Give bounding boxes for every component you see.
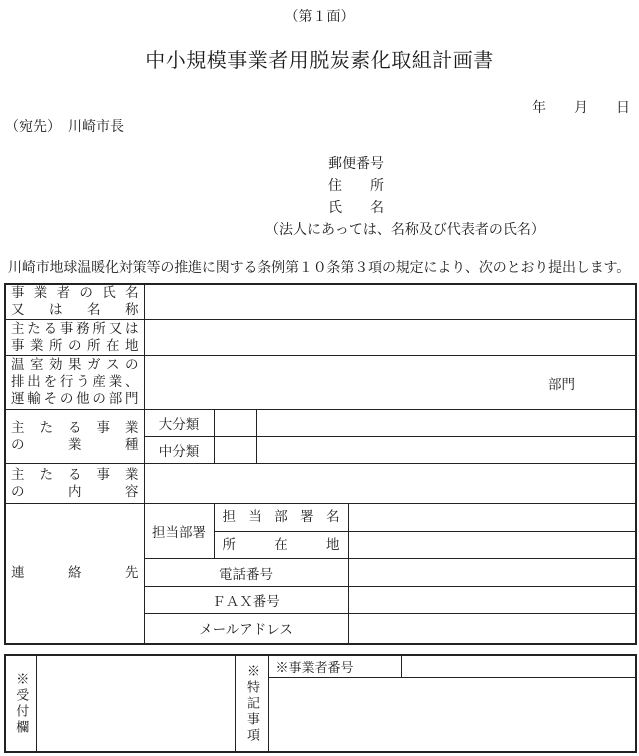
fax-label: ＦＡＸ番号 <box>144 587 348 614</box>
postal-code-label: 郵便番号 <box>328 153 545 175</box>
sheet-number: （第１面） <box>0 6 639 26</box>
addressee-label: （宛先） 川崎市長 <box>5 116 124 136</box>
office-use-table: ※受付欄 ※特記事項 ※事業者番号 <box>4 654 637 753</box>
business-name-field[interactable] <box>144 284 636 320</box>
department-address-label: 所在地 <box>214 532 348 559</box>
reception-column-label: ※受付欄 <box>5 655 36 752</box>
business-number-label: ※事業者番号 <box>268 655 401 677</box>
office-address-field[interactable] <box>144 320 636 356</box>
applicant-block: 郵便番号 住 所 氏 名 （法人にあっては、名称及び代表者の氏名） <box>265 153 545 241</box>
emission-sector-label: 温室効果ガスの排出を行う産業、運輸その他の部門 <box>5 356 144 410</box>
address-label: 住 所 <box>328 175 545 197</box>
department-label: 担当部署 <box>144 504 214 559</box>
major-class-label: 大分類 <box>144 410 214 437</box>
reception-field[interactable] <box>36 655 235 752</box>
main-form-table: 事業者の氏名又は名称 主たる事務所又は事業所の所在地 温室効果ガスの排出を行う産… <box>4 283 637 645</box>
form-title: 中小規模事業者用脱炭素化取組計画書 <box>0 44 639 73</box>
department-name-field[interactable] <box>348 504 636 532</box>
fax-field[interactable] <box>348 587 636 614</box>
emission-sector-field[interactable]: 部門 <box>144 356 636 410</box>
office-address-label: 主たる事務所又は事業所の所在地 <box>5 320 144 356</box>
department-address-field[interactable] <box>348 532 636 559</box>
major-class-name-field[interactable] <box>256 410 636 437</box>
business-name-label: 事業者の氏名又は名称 <box>5 284 144 320</box>
corporate-note: （法人にあっては、名称及び代表者の氏名） <box>265 219 545 241</box>
special-notes-field[interactable] <box>268 677 636 752</box>
phone-field[interactable] <box>348 559 636 587</box>
major-class-code-field[interactable] <box>214 410 256 437</box>
form-page: （第１面） 中小規模事業者用脱炭素化取組計画書 年 月 日 （宛先） 川崎市長 … <box>0 0 639 756</box>
email-label: メールアドレス <box>144 614 348 644</box>
name-label: 氏 名 <box>328 197 545 219</box>
phone-label: 電話番号 <box>144 559 348 587</box>
department-name-label: 担当部署名 <box>214 504 348 532</box>
middle-class-code-field[interactable] <box>214 437 256 464</box>
intro-sentence: 川崎市地球温暖化対策等の推進に関する条例第１０条第３項の規定により、次のとおり提… <box>8 257 630 277</box>
business-number-field[interactable] <box>401 655 636 677</box>
sector-suffix-label: 部門 <box>548 377 575 393</box>
email-field[interactable] <box>348 614 636 644</box>
middle-class-name-field[interactable] <box>256 437 636 464</box>
business-detail-label: 主たる事業の内容 <box>5 464 144 504</box>
middle-class-label: 中分類 <box>144 437 214 464</box>
business-detail-field[interactable] <box>144 464 636 504</box>
contact-label: 連絡先 <box>5 504 144 644</box>
special-notes-label: ※特記事項 <box>235 655 268 752</box>
date-field: 年 月 日 <box>532 97 630 117</box>
industry-type-label: 主たる事業の業種 <box>5 410 144 464</box>
